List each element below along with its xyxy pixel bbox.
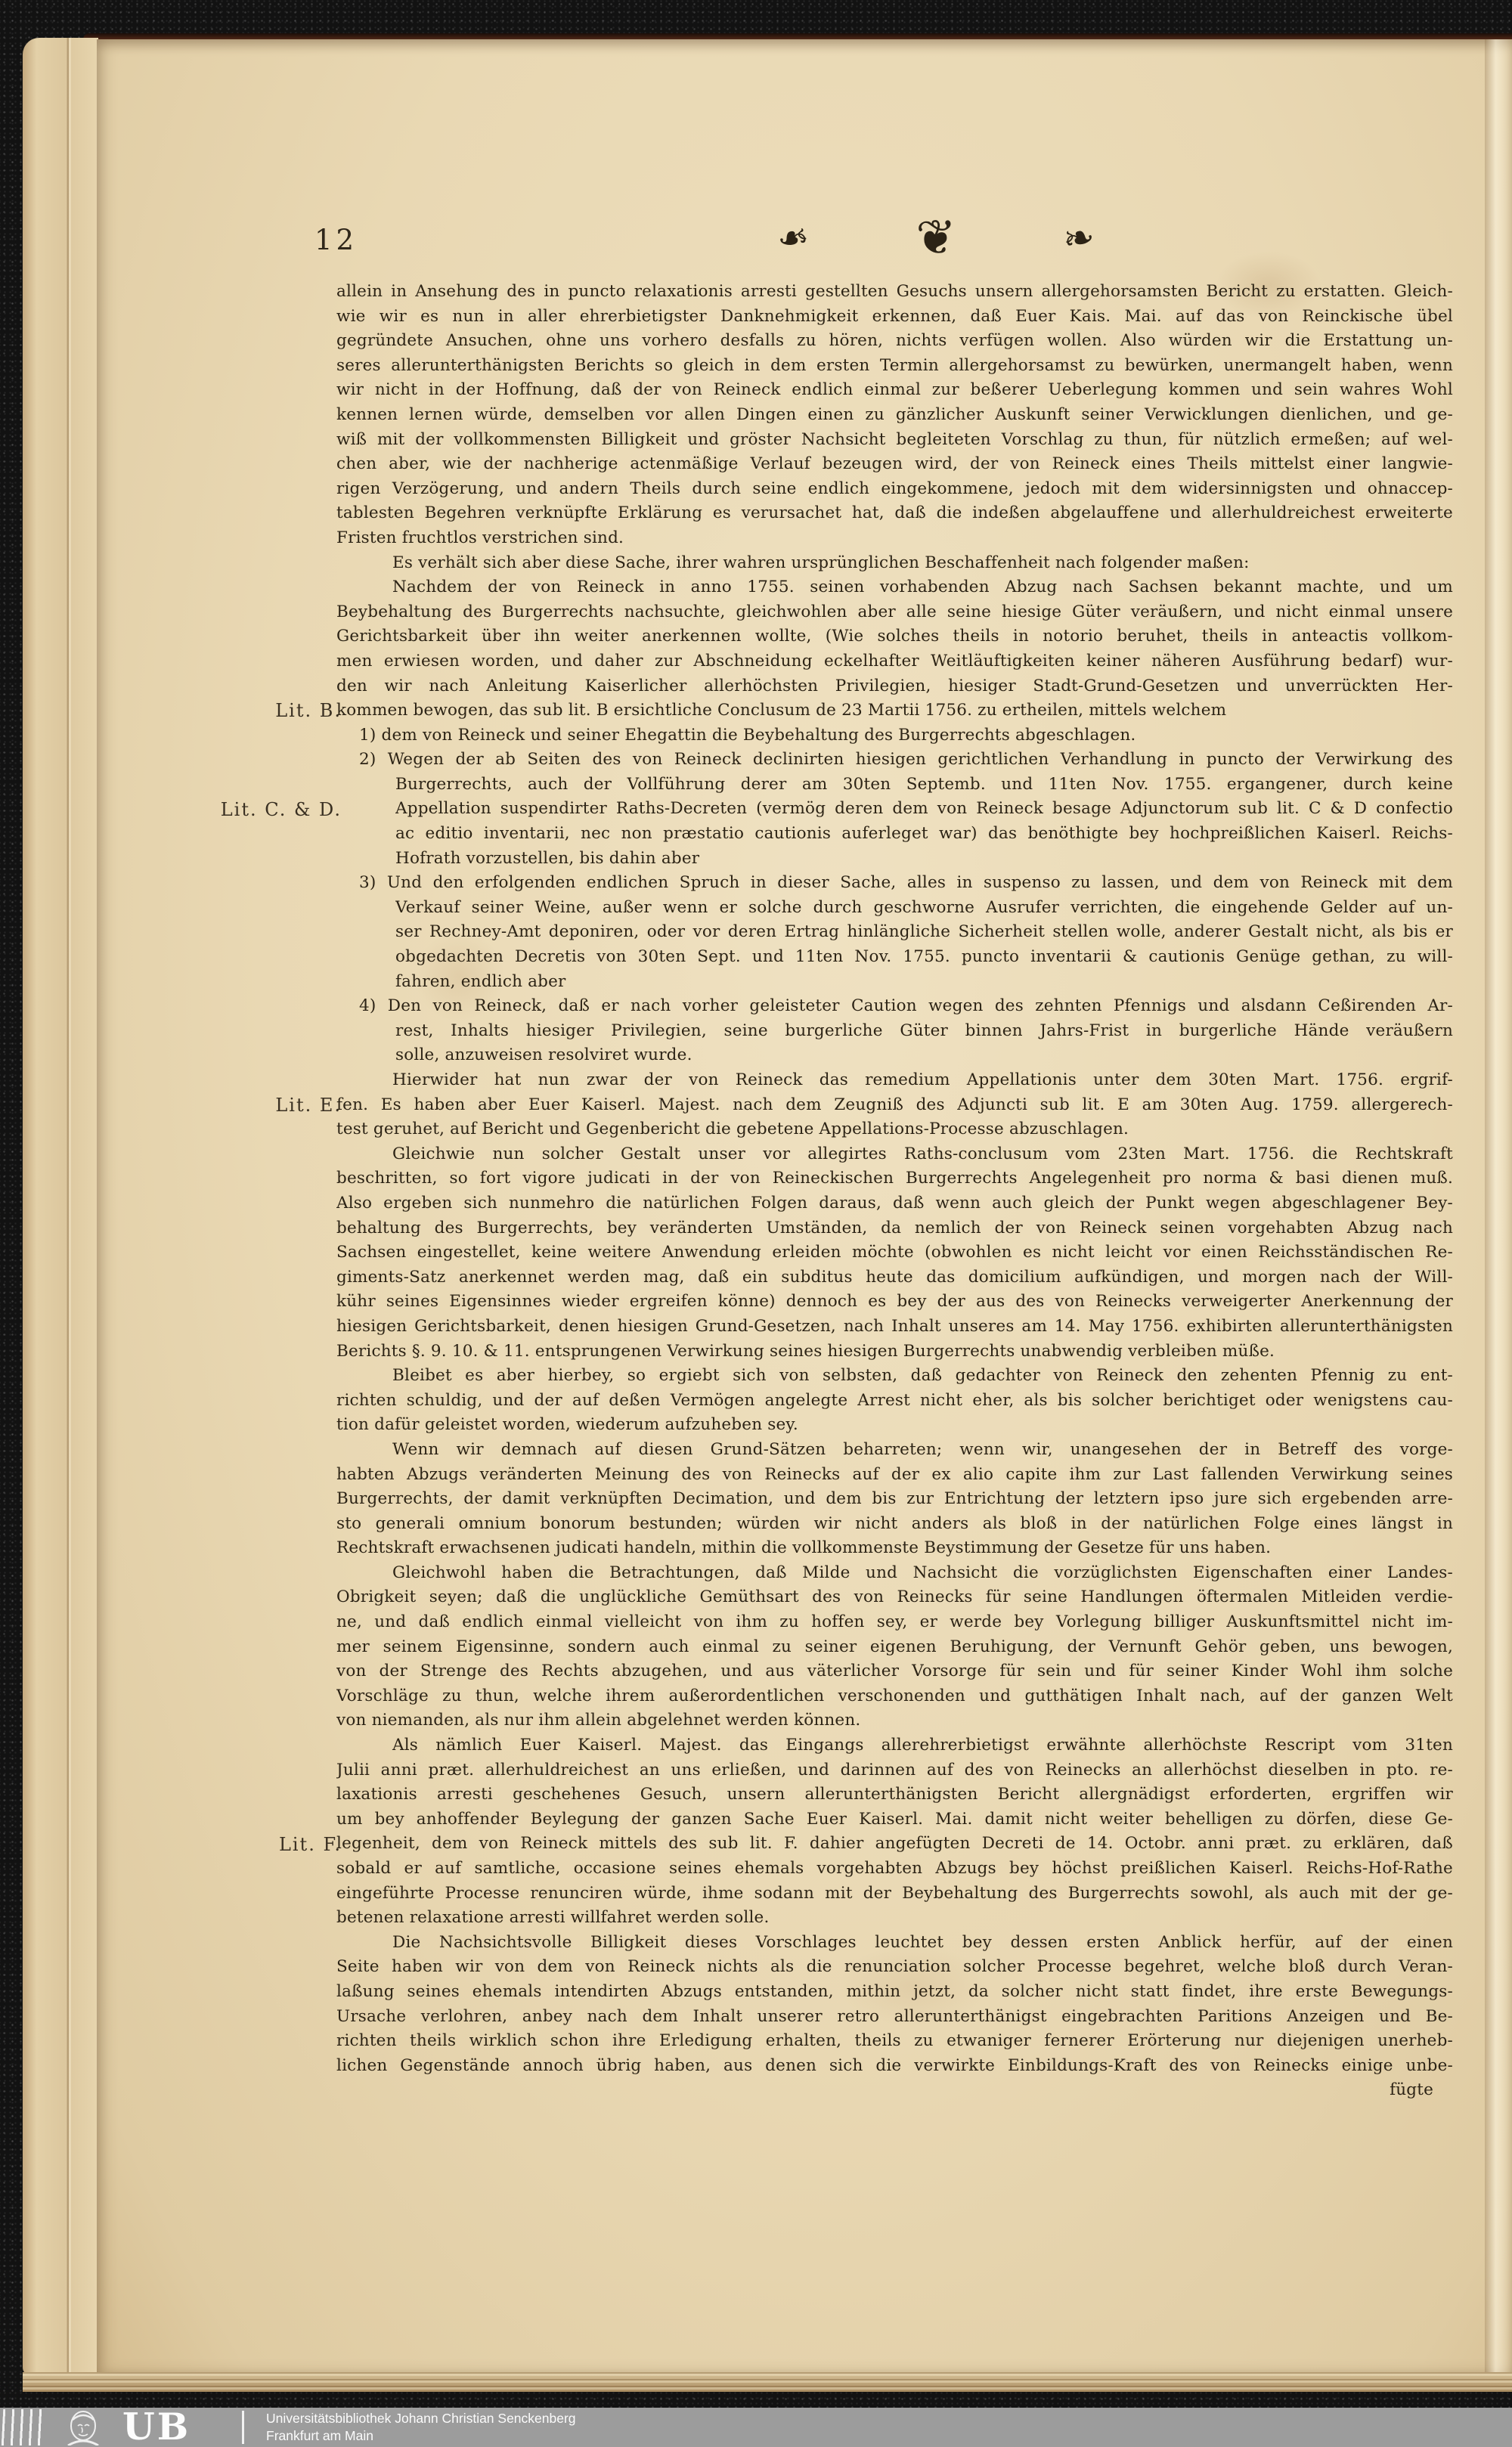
text-line: gegründete Ansuchen, ohne uns vorhero de… (336, 329, 1453, 354)
text-line: wie wir es nun in aller ehrerbietigster … (336, 305, 1453, 330)
text-line: Also ergeben sich nunmehro die natürlich… (336, 1191, 1453, 1216)
text-line: Ursache verlohren, anbey nach dem Inhalt… (336, 2005, 1453, 2030)
text-line: kühr seines Eigensinnes wieder ergreifen… (336, 1290, 1453, 1315)
text-line: ser Rechney-Amt deponiren, oder vor dere… (395, 920, 1453, 945)
text-line: Sachsen eingestellet, keine weitere Anwe… (336, 1241, 1453, 1265)
text-line: wir nicht in der Hoffnung, daß der von R… (336, 378, 1453, 403)
text-line: behaltung des Burgerrechts, bey veränder… (336, 1216, 1453, 1241)
margin-note: Lit. F. (115, 1834, 342, 1855)
text-line: Als nämlich Euer Kaiserl. Majest. das Ei… (336, 1733, 1453, 1758)
text-line: rigen Verzögerung, und andern Theils dur… (336, 477, 1453, 502)
text-line: Beybehaltung des Burgerrechts nachsuchte… (336, 600, 1453, 625)
text-line: Wenn wir demnach auf diesen Grund-Sätzen… (336, 1438, 1453, 1463)
book-spines-icon (2, 2409, 48, 2445)
ub-logo-text: UB (122, 2405, 191, 2447)
text-line: kommen bewogen, das sub lit. B ersichtli… (336, 698, 1453, 723)
text-line: um bey anhoffender Beylegung der ganzen … (336, 1807, 1453, 1832)
text-line: von niemanden, als nur ihm allein abgele… (336, 1708, 1453, 1733)
text-line: ne, und daß endlich einmal vielleicht vo… (336, 1610, 1453, 1635)
text-line: Hofrath vorzustellen, bis dahin aber (395, 847, 1453, 872)
text-line: 2) Wegen der ab Seiten des von Reineck d… (359, 748, 1453, 773)
library-banner: UB Universitätsbibliothek Johann Christi… (0, 2408, 1512, 2447)
fleuron-right-icon: ❧ (1059, 209, 1098, 266)
text-line: kennen lernen würde, demselben vor allen… (336, 403, 1453, 428)
text-line: Obrigkeit seyen; daß die unglückliche Ge… (336, 1585, 1453, 1610)
text-line: 1) dem von Reineck und seiner Ehegattin … (359, 723, 1453, 748)
text-line: legenheit, dem von Reineck mittels des s… (336, 1832, 1453, 1857)
text-line: Burgerrechts, der damit verknüpften Deci… (336, 1487, 1453, 1512)
text-line: 4) Den von Reineck, daß er nach vorher g… (359, 994, 1453, 1019)
margin-note: Lit. E. (115, 1095, 342, 1116)
text-line: fen. Es haben aber Euer Kaiserl. Majest.… (336, 1093, 1453, 1118)
text-block: allein in Ansehung des in puncto relaxat… (336, 280, 1453, 2103)
page-bottom-edge (23, 2372, 1512, 2392)
text-line: von der Strenge des Rechts abzugehen, un… (336, 1659, 1453, 1684)
text-line: fahren, endlich aber (395, 970, 1453, 995)
text-line: allein in Ansehung des in puncto relaxat… (336, 280, 1453, 305)
text-line: tion dafür geleistet worden, wiederum au… (336, 1413, 1453, 1438)
text-line: den wir nach Anleitung Kaiserlicher alle… (336, 674, 1453, 699)
text-line: beschritten, so fort vigore judicati in … (336, 1166, 1453, 1191)
text-line: sto generali omnium bonorum bestunden; w… (336, 1512, 1453, 1537)
text-line: laßung seines ehemals intendirten Abzugs… (336, 1980, 1453, 2005)
page-stack-edge (23, 38, 98, 2375)
text-line: habten Abzugs veränderten Meinung des vo… (336, 1463, 1453, 1488)
text-line: hiesigen Gerichtsbarkeit, denen hiesigen… (336, 1315, 1453, 1340)
text-line: Hierwider hat nun zwar der von Reineck d… (336, 1068, 1453, 1093)
text-line: Verkauf seiner Weine, außer wenn er solc… (395, 896, 1453, 921)
text-line: giments-Satz anerkennet werden mag, daß … (336, 1265, 1453, 1290)
text-line: obgedachten Decretis von 30ten Sept. und… (395, 945, 1453, 970)
text-line: laxationis arresti geschehenes Gesuch, u… (336, 1783, 1453, 1807)
text-line: men erwiesen worden, und daher zur Absch… (336, 649, 1453, 674)
page-number: 12 (314, 224, 358, 256)
text-line: chen aber, wie der nachherige actenmäßig… (336, 452, 1453, 477)
page-fold (1485, 39, 1512, 2372)
margin-note: Lit. C. & D. (115, 799, 342, 820)
text-line: Nachdem der von Reineck in anno 1755. se… (336, 575, 1453, 600)
text-line: Bleibet es aber hierbey, so ergiebt sich… (336, 1364, 1453, 1389)
text-line: richten theils wirklich schon ihre Erled… (336, 2029, 1453, 2054)
text-line: richten schuldig, und der auf deßen Verm… (336, 1389, 1453, 1414)
text-line: sobald er auf samtliche, occasione seine… (336, 1857, 1453, 1882)
text-line: 3) Und den erfolgenden endlichen Spruch … (359, 871, 1453, 896)
text-line: Fristen fruchtlos verstrichen sind. (336, 526, 1453, 551)
text-line: Berichts §. 9. 10. & 11. entsprungenen V… (336, 1340, 1453, 1364)
text-line: fügte (336, 2078, 1453, 2103)
text-line: Gleichwohl haben die Betrachtungen, daß … (336, 1561, 1453, 1586)
text-line: Vorschläge zu thun, welche ihrem außeror… (336, 1684, 1453, 1709)
library-name: Universitätsbibliothek Johann Christian … (266, 2410, 576, 2427)
fleuron-left-icon: ❧ (773, 209, 812, 266)
text-line: Rechtskraft erwachsenen judicati handeln… (336, 1536, 1453, 1561)
text-line: ac editio inventarii, nec non præstatio … (395, 822, 1453, 847)
senckenberg-portrait-icon (53, 2409, 113, 2445)
text-line: Es verhält sich aber diese Sache, ihrer … (336, 551, 1453, 576)
text-line: test geruhet, auf Bericht und Gegenberic… (336, 1117, 1453, 1142)
text-line: Die Nachsichtsvolle Billigkeit dieses Vo… (336, 1931, 1453, 1956)
text-line: Gleichwie nun solcher Gestalt unser vor … (336, 1142, 1453, 1167)
text-line: betenen relaxatione arresti willfahret w… (336, 1906, 1453, 1931)
library-city: Frankfurt am Main (266, 2427, 576, 2445)
text-line: solle, anzuweisen resolviret wurde. (395, 1043, 1453, 1068)
fleuron-center-icon: ❦ (916, 212, 956, 265)
text-line: Gerichtsbarkeit über ihn weiter anerkenn… (336, 624, 1453, 649)
page-surface: 12 ❧❦❧ Lit. B.Lit. C. & D.Lit. E.Lit. F.… (97, 39, 1512, 2372)
scan-background: 12 ❧❦❧ Lit. B.Lit. C. & D.Lit. E.Lit. F.… (0, 0, 1512, 2447)
text-line: lichen Gegenstände annoch übrig haben, a… (336, 2054, 1453, 2079)
text-line: wiß mit der vollkommensten Billigkeit un… (336, 428, 1453, 453)
header-ornaments: ❧❦❧ (777, 212, 1095, 265)
logo-divider (242, 2411, 244, 2444)
margin-note: Lit. B. (115, 700, 342, 721)
text-line: eingeführte Processe renunciren würde, i… (336, 1882, 1453, 1906)
text-line: mer seinem Eigensinne, sondern auch einm… (336, 1635, 1453, 1660)
text-line: Appellation suspendirter Raths-Decreten … (395, 797, 1453, 822)
text-line: seres allerunterthänigsten Berichts so g… (336, 354, 1453, 379)
text-line: Julii anni præt. allerhuldreichest an un… (336, 1758, 1453, 1783)
text-line: tablesten Begehren verknüpfte Erklärung … (336, 501, 1453, 526)
text-line: rest, Inhalts hiesiger Privilegien, sein… (395, 1019, 1453, 1044)
text-line: Seite haben wir von dem von Reineck nich… (336, 1955, 1453, 1980)
text-line: Burgerrechts, auch der Vollführung derer… (395, 773, 1453, 798)
